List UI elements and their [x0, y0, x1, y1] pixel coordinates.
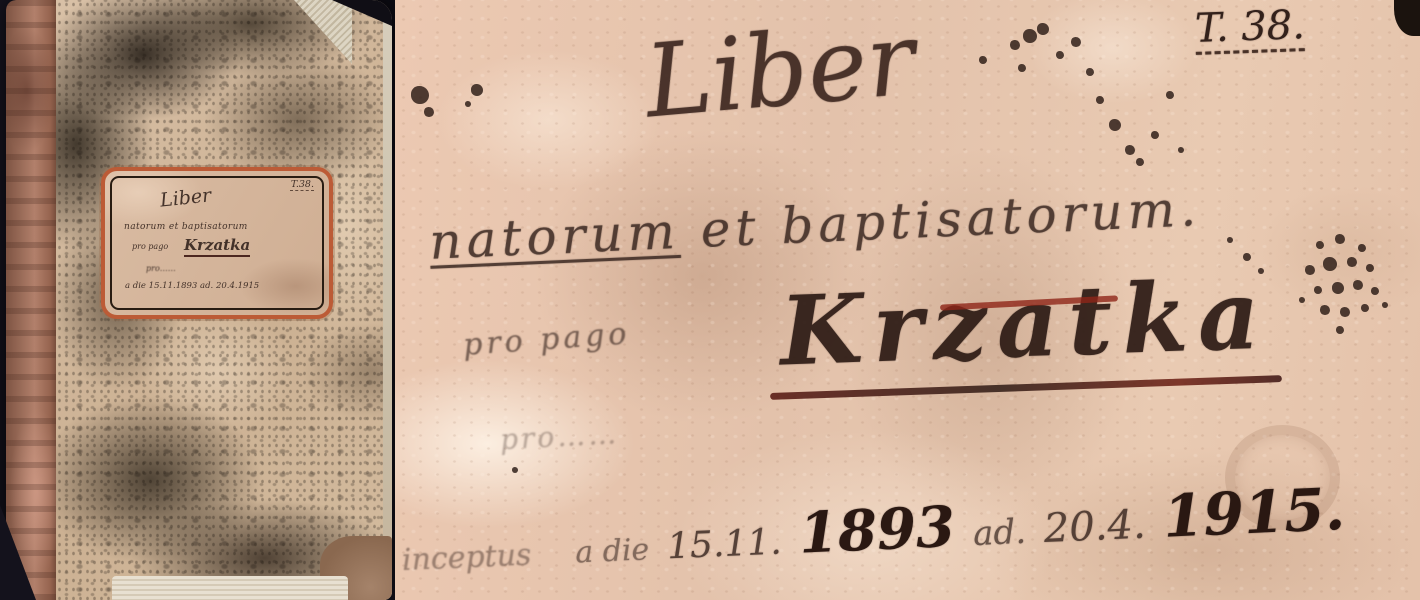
end-year: 1915.	[1162, 475, 1346, 551]
village-name: Krzatka	[778, 259, 1271, 387]
ink-spot	[1166, 91, 1174, 99]
ink-spot	[1109, 119, 1121, 131]
cover-label: T.38. Liber natorum et baptisatorum pro …	[101, 167, 333, 319]
ink-spot	[1336, 326, 1344, 334]
ink-spot	[465, 101, 471, 107]
bottom-page-edges	[112, 576, 348, 600]
ink-spot	[1382, 302, 1388, 308]
label-village-name: Krzatka	[184, 236, 250, 257]
ink-spot	[1086, 68, 1094, 76]
start-year: 1893	[798, 494, 957, 567]
ink-spot	[1316, 241, 1324, 249]
end-day-month: 20.4.	[1043, 502, 1147, 552]
faded-handwriting-line: pro……	[499, 417, 620, 456]
ink-spot	[1320, 305, 1330, 315]
register-book: T.38. Liber natorum et baptisatorum pro …	[6, 0, 392, 600]
ink-spot	[1323, 257, 1337, 271]
ink-spot	[1371, 287, 1379, 295]
folio-number: T. 38.	[1194, 2, 1305, 52]
ink-spot	[979, 56, 987, 64]
book-spine	[6, 0, 58, 600]
label-subtitle: natorum et baptisatorum	[124, 222, 248, 232]
cover-label-frame: T.38. Liber natorum et baptisatorum pro …	[110, 176, 324, 310]
ink-spot	[471, 84, 483, 96]
label-folio-number: T.38.	[291, 179, 314, 190]
label-faded-line: pro……	[146, 264, 176, 273]
ink-spot	[1227, 237, 1233, 243]
ink-spot	[1347, 257, 1357, 267]
date-ad: ad.	[972, 512, 1027, 554]
ink-spot	[424, 107, 434, 117]
ink-spot	[1340, 307, 1350, 317]
ink-spot	[1314, 286, 1322, 294]
date-lead-word: inceptus	[401, 537, 532, 578]
ink-spot	[512, 467, 518, 473]
start-day-month: 15.11.	[666, 521, 782, 567]
ink-spot	[1018, 64, 1026, 72]
ink-spot	[1151, 131, 1159, 139]
date-a-die: a die	[574, 532, 649, 570]
ink-spot	[1358, 244, 1366, 252]
photo-collage: T.38. Liber natorum et baptisatorum pro …	[0, 0, 1420, 600]
ink-spot	[1335, 234, 1345, 244]
ink-spot	[1243, 253, 1251, 261]
label-date-range: a die 15.11.1893 ad. 20.4.1915	[125, 281, 259, 291]
ink-spot	[1366, 264, 1374, 272]
ink-spot	[1056, 51, 1064, 59]
ink-spot	[1299, 297, 1305, 303]
ink-spot	[1023, 29, 1037, 43]
ink-spot	[1361, 304, 1369, 312]
ink-spot	[1071, 37, 1081, 47]
page-fore-edge	[383, 20, 392, 600]
ink-spot	[1037, 23, 1049, 35]
ink-spot	[1096, 96, 1104, 104]
ink-spot	[1136, 158, 1144, 166]
label-pro-pago: pro pago	[132, 242, 168, 251]
ink-spot	[1305, 265, 1315, 275]
ink-spot	[1125, 145, 1135, 155]
ink-spot	[1178, 147, 1184, 153]
label-closeup-photo: T. 38. Liber natorum et baptisatorum. pr…	[395, 0, 1420, 600]
ink-spot	[1353, 280, 1363, 290]
ink-spot	[1258, 268, 1264, 274]
book-cover-photo: T.38. Liber natorum et baptisatorum pro …	[0, 0, 395, 600]
ink-spot	[1332, 282, 1344, 294]
ink-spot	[411, 86, 429, 104]
label-title: Liber	[159, 184, 212, 211]
ink-spot	[1010, 40, 1020, 50]
subtitle-word-natorum: natorum	[428, 202, 681, 271]
